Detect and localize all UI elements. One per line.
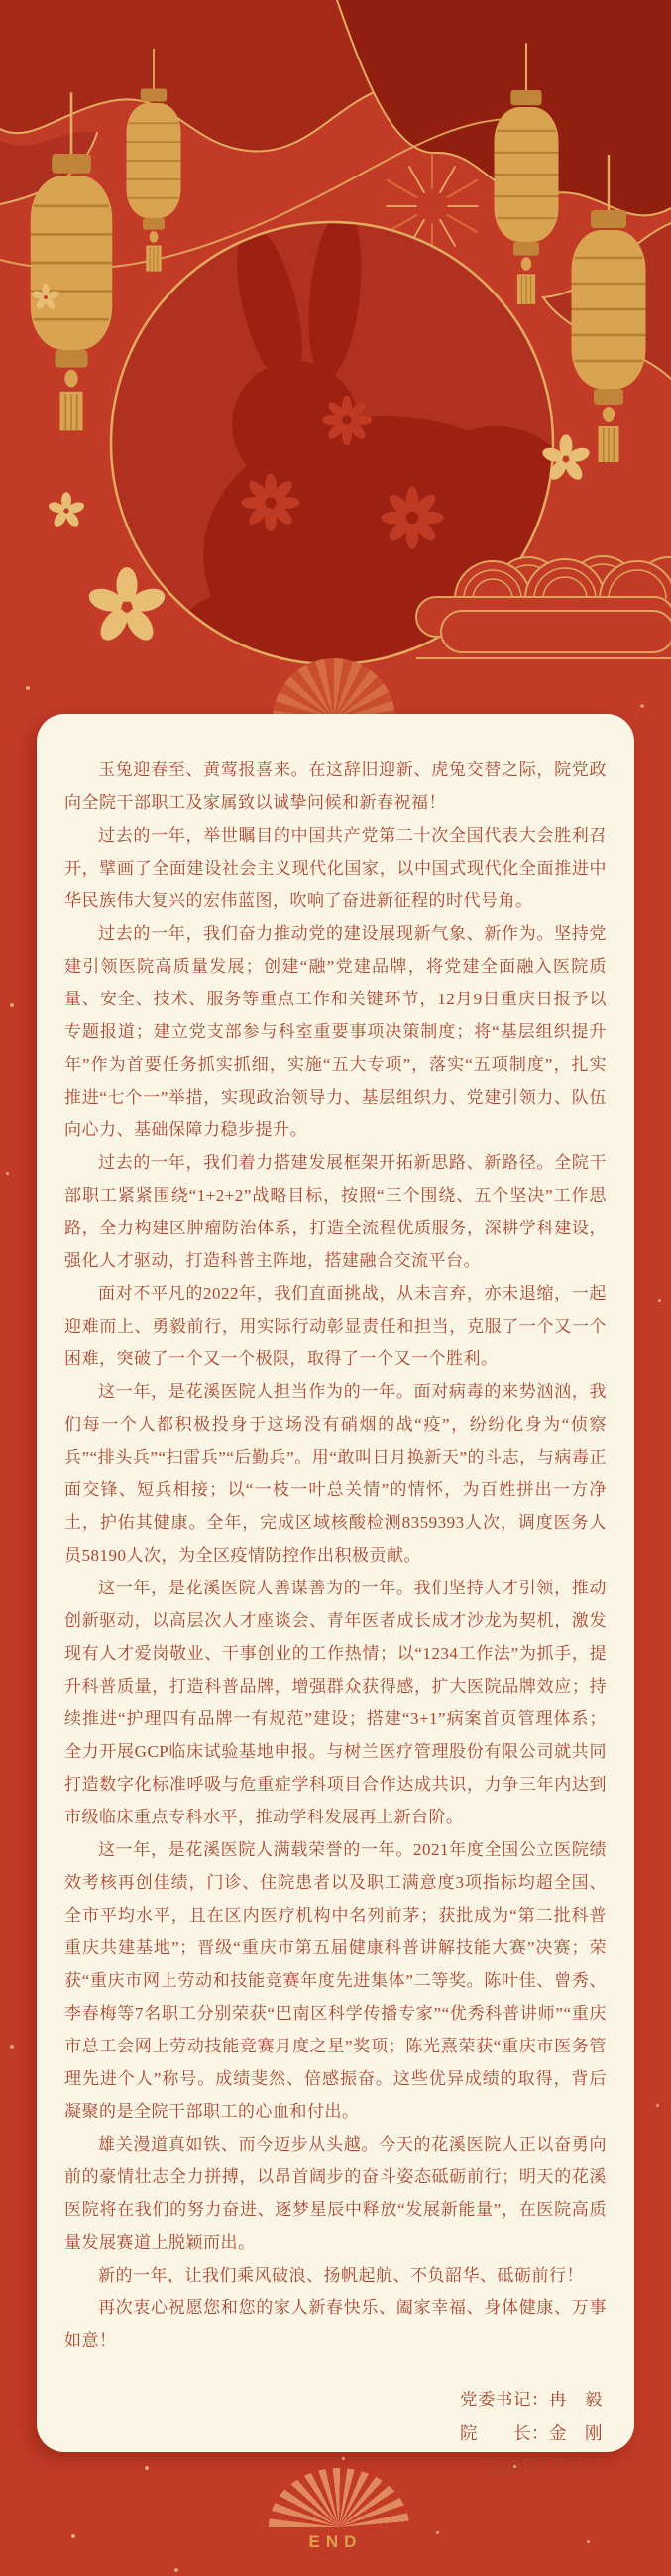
letter-paragraph: 过去的一年，我们奋力推动党的建设展现新气象、新作为。坚持党建引领医院高质量发展；…: [64, 917, 607, 1146]
sparkle-icon: [10, 2045, 14, 2049]
letter-paragraph: 过去的一年，举世瞩目的中国共产党第二十次全国代表大会胜利召开，擘画了全面建设社会…: [64, 819, 607, 917]
letter-paragraph: 玉兔迎春至、黄莺报喜来。在这辞旧迎新、虎兔交替之际，院党政向全院干部职工及家属致…: [64, 754, 607, 819]
letter-paragraph: 再次衷心祝愿您和您的家人新春快乐、阖家幸福、身体健康、万事如意！: [64, 2291, 607, 2357]
plum-blossom-icon: [86, 567, 168, 644]
new-year-letter-page: 玉兔迎春至、黄莺报喜来。在这辞旧迎新、虎兔交替之际，院党政向全院干部职工及家属致…: [0, 0, 671, 2576]
letter-paragraph: 新的一年，让我们乘风破浪、扬帆起航、不负韶华、砥砺前行！: [64, 2259, 607, 2291]
blossom-icon: [242, 474, 300, 532]
sparkle-icon: [658, 1299, 661, 1302]
sparkle-icon: [656, 2104, 659, 2107]
sparkle-icon: [513, 2465, 516, 2468]
letter-paragraph: 这一年，是花溪医院人担当作为的一年。面对病毒的来势汹汹，我们每一个人都积极投身于…: [64, 1375, 607, 1572]
festive-header-decoration: [0, 0, 671, 754]
letter-paragraph: 这一年，是花溪医院人善谋善为的一年。我们坚持人才引领，推动创新驱动，以高层次人才…: [64, 1572, 607, 1833]
sparkle-icon: [587, 2540, 590, 2543]
sparkle-icon: [6, 1172, 9, 1175]
letter-paragraph: 过去的一年，我们着力搭建发展框架开拓新思路、新路径。全院干部职工紧紧围绕“1+2…: [64, 1146, 607, 1277]
letter-paragraph: 这一年，是花溪医院人满载荣誉的一年。2021年度全国公立医院绩效考核再创佳绩，门…: [64, 1833, 607, 2128]
sparkle-icon: [436, 2531, 439, 2534]
blossom-icon: [322, 396, 372, 445]
letter-card: 玉兔迎春至、黄莺报喜来。在这辞旧迎新、虎兔交替之际，院党政向全院干部职工及家属致…: [37, 714, 634, 2452]
sparkle-icon: [174, 2568, 178, 2572]
letter-paragraph: 雄关漫道真如铁、而今迈步从头越。今天的花溪医院人正以奋勇向前的豪情壮志全力拼搏，…: [64, 2128, 607, 2259]
signature-secretary: 党委书记：冉 毅: [64, 2383, 603, 2416]
sparkle-icon: [10, 1003, 14, 1007]
sparkle-icon: [342, 2457, 345, 2460]
sparkle-icon: [145, 2466, 149, 2470]
end-label: END: [0, 2532, 671, 2552]
blossom-icon: [382, 487, 444, 549]
signature-president: 院 长：金 刚: [64, 2416, 603, 2450]
plum-blossom-icon: [48, 492, 86, 528]
letter-paragraph: 面对不平凡的2022年，我们直面挑战，从未言弃，亦未退缩，一起迎难而上、勇毅前行…: [64, 1277, 607, 1375]
sparkle-icon: [71, 2534, 75, 2538]
